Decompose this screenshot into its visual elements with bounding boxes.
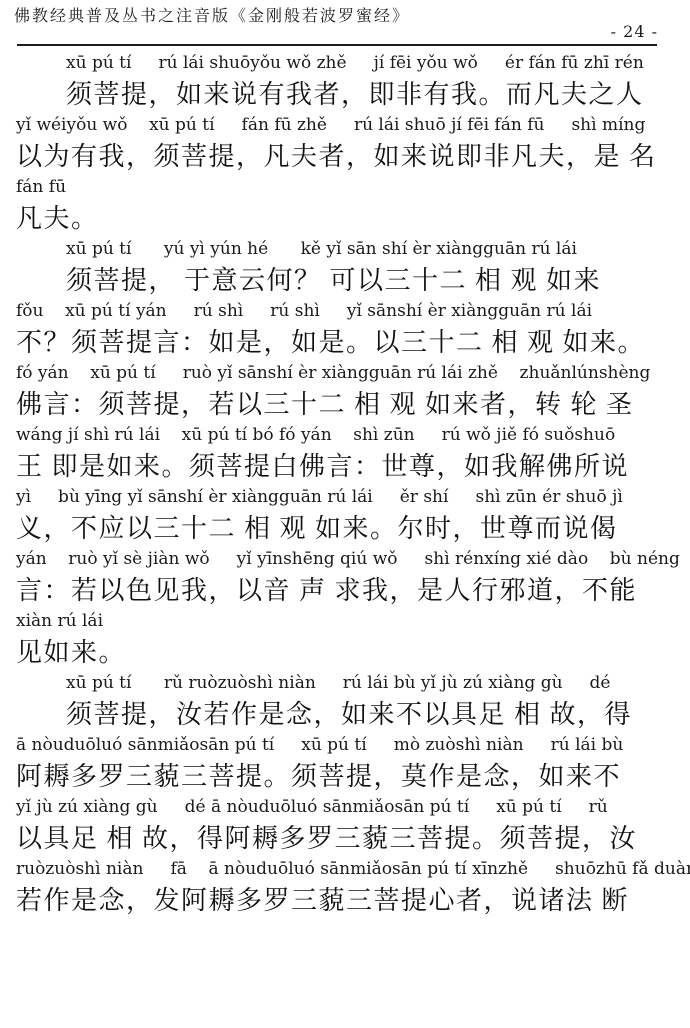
hanzi-line: 凡夫。 (16, 199, 676, 238)
hanzi-line: 王 即是如来。须菩提白佛言：世尊，如我解佛所说 (16, 447, 676, 486)
text-row: fán fū 凡夫。 (16, 176, 676, 238)
pinyin-line: ā nòuduōluó sānmiǎosān pú tí xū pú tí mò… (16, 734, 676, 757)
hanzi-line: 阿耨多罗三藐三菩提。须菩提，莫作是念，如来不 (16, 757, 676, 796)
pinyin-line: yán ruò yǐ sè jiàn wǒ yǐ yīnshēng qiú wǒ… (16, 548, 676, 571)
text-row: yǐ jù zú xiàng gù dé ā nòuduōluó sānmiǎo… (16, 796, 676, 858)
text-row: fǒu xū pú tí yán rú shì rú shì yǐ sānshí… (16, 300, 676, 362)
hanzi-line: 以具足 相 故，得阿耨多罗三藐三菩提。须菩提，汝 (16, 819, 676, 858)
pinyin-line: xū pú tí rú lái shuōyǒu wǒ zhě jí fēi yǒ… (16, 52, 676, 75)
hanzi-line: 须菩提，汝若作是念，如来不以具足 相 故，得 (16, 695, 676, 734)
pinyin-line: ruòzuòshì niàn fā ā nòuduōluó sānmiǎosān… (16, 858, 676, 881)
document-page: 佛教经典普及丛书之注音版《金刚般若波罗蜜经》 - 24 - xū pú tí r… (0, 0, 690, 1028)
text-block: xū pú tí rú lái shuōyǒu wǒ zhě jí fēi yǒ… (16, 52, 676, 920)
pinyin-line: xū pú tí rǔ ruòzuòshì niàn rú lái bù yǐ … (16, 672, 676, 695)
text-row: xū pú tí rú lái shuōyǒu wǒ zhě jí fēi yǒ… (16, 52, 676, 114)
text-row: wáng jí shì rú lái xū pú tí bó fó yán sh… (16, 424, 676, 486)
hanzi-line: 须菩提，如来说有我者，即非有我。而凡夫之人 (16, 75, 676, 114)
text-row: xū pú tí yú yì yún hé kě yǐ sān shí èr x… (16, 238, 676, 300)
hanzi-line: 须菩提， 于意云何？ 可以三十二 相 观 如来 (16, 261, 676, 300)
pinyin-line: xiàn rú lái (16, 610, 676, 633)
text-row: ā nòuduōluó sānmiǎosān pú tí xū pú tí mò… (16, 734, 676, 796)
page-number: - 24 - (611, 22, 658, 41)
pinyin-line: yǐ jù zú xiàng gù dé ā nòuduōluó sānmiǎo… (16, 796, 676, 819)
pinyin-line: yǐ wéiyǒu wǒ xū pú tí fán fū zhě rú lái … (16, 114, 676, 137)
pinyin-line: wáng jí shì rú lái xū pú tí bó fó yán sh… (16, 424, 676, 447)
hanzi-line: 见如来。 (16, 633, 676, 672)
text-row: yì bù yīng yǐ sānshí èr xiàngguān rú lái… (16, 486, 676, 548)
text-row: yán ruò yǐ sè jiàn wǒ yǐ yīnshēng qiú wǒ… (16, 548, 676, 610)
hanzi-line: 不？须菩提言：如是，如是。以三十二 相 观 如来。 (16, 323, 676, 362)
header-title: 佛教经典普及丛书之注音版《金刚般若波罗蜜经》 (14, 3, 410, 26)
pinyin-line: fǒu xū pú tí yán rú shì rú shì yǐ sānshí… (16, 300, 676, 323)
hanzi-line: 以为有我，须菩提，凡夫者，如来说即非凡夫，是 名 (16, 137, 676, 176)
text-row: ruòzuòshì niàn fā ā nòuduōluó sānmiǎosān… (16, 858, 676, 920)
pinyin-line: yì bù yīng yǐ sānshí èr xiàngguān rú lái… (16, 486, 676, 509)
header-rule (17, 44, 657, 46)
hanzi-line: 义，不应以三十二 相 观 如来。尔时，世尊而说偈 (16, 509, 676, 548)
text-row: xū pú tí rǔ ruòzuòshì niàn rú lái bù yǐ … (16, 672, 676, 734)
text-row: xiàn rú lái 见如来。 (16, 610, 676, 672)
hanzi-line: 言：若以色见我，以音 声 求我，是人行邪道，不能 (16, 571, 676, 610)
pinyin-line: xū pú tí yú yì yún hé kě yǐ sān shí èr x… (16, 238, 676, 261)
pinyin-line: fó yán xū pú tí ruò yǐ sānshí èr xiànggu… (16, 362, 676, 385)
pinyin-line: fán fū (16, 176, 676, 199)
hanzi-line: 佛言：须菩提，若以三十二 相 观 如来者，转 轮 圣 (16, 385, 676, 424)
text-row: fó yán xū pú tí ruò yǐ sānshí èr xiànggu… (16, 362, 676, 424)
text-row: yǐ wéiyǒu wǒ xū pú tí fán fū zhě rú lái … (16, 114, 676, 176)
hanzi-line: 若作是念，发阿耨多罗三藐三菩提心者，说诸法 断 (16, 881, 676, 920)
